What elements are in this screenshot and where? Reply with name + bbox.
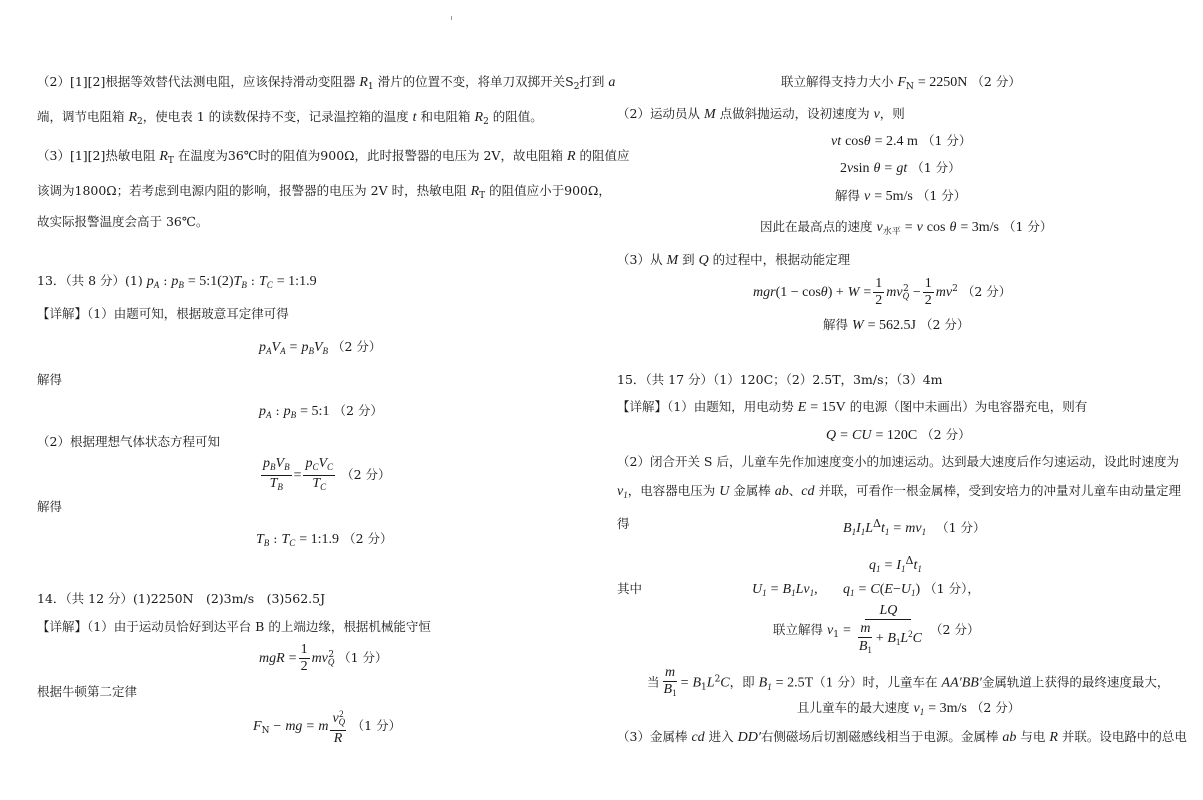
- q14-eq-velocity: 解得 v = 5m/s（1 分）: [835, 187, 966, 206]
- q13-solve2: 解得: [37, 498, 62, 516]
- q14-eq-energy: mgr(1 − cosθ) + W =12mvQ2 −12mv2（2 分）: [753, 276, 1011, 309]
- q15-part2-line3: 得: [617, 515, 630, 533]
- q14-eq-horizontal: vt cosθ = 2.4 m（1 分）: [831, 132, 971, 151]
- q15-eq-momentum: B1I1LΔt1 = mv1（1 分）: [843, 515, 986, 542]
- q15-part2-line1: （2）闭合开关 S 后，儿童车先作加速度变小的加速运动。达到最大速度后作匀速运动…: [617, 453, 1179, 471]
- q15-eq-u1: U1 = B1Lv1,: [752, 580, 818, 603]
- q14-eq1: mgR =12mvQ2（1 分）: [259, 642, 388, 675]
- q15-eq-q1: q1 = I1Δt1: [869, 552, 922, 579]
- q12-part3-line2: 该调为1800Ω；若考虑到电源内阻的影响，报警器的电压为 2V 时，热敏电阻 R…: [37, 182, 611, 205]
- q14-detail: 【详解】（1）由于运动员恰好到达平台 B 的上端边缘，根据机械能守恒: [37, 618, 431, 636]
- q15-part2-line2: v1，电容器电压为 U 金属棒 ab、cd 并联，可看作一根金属棒，受到安培力的…: [617, 482, 1181, 505]
- q14-eq-top-speed: 因此在最高点的速度 v水平 = v cos θ = 3m/s（1 分）: [760, 218, 1052, 241]
- q15-eq-q1-capacitor: q1 = C(E−U1)（1 分），: [843, 580, 980, 603]
- right-column: 联立解得支持力大小 FN = 2250N（2 分） （2）运动员从 M 点做斜抛…: [617, 0, 1177, 800]
- q13-header: 13．（共 8 分）(1) pA : pB = 5:1(2)TB : TC = …: [37, 272, 317, 295]
- left-column: （2）[1][2]根据等效替代法测电阻，应该保持滑动变阻器 R1 滑片的位置不变…: [37, 0, 597, 800]
- q13-eq4: TB : TC = 1:1.9（2 分）: [256, 530, 393, 553]
- q13-eq2: pA : pB = 5:1（2 分）: [259, 402, 383, 425]
- q15-detail: 【详解】（1）由题知，用电动势 E = 15V 的电源（图中未画出）为电容器充电…: [617, 398, 1087, 417]
- q14-header: 14．（共 12 分）(1)2250N (2)3m/s (3)562.5J: [37, 590, 325, 608]
- q13-detail: 【详解】（1）由题可知，根据玻意耳定律可得: [37, 305, 289, 323]
- q13-eq3: pBVBTB=pCVCTC（2 分）: [259, 456, 391, 495]
- q14-newton: 根据牛顿第二定律: [37, 683, 137, 701]
- q12-part2-line2: 端，调节电阻箱 R2，使电表 1 的读数保持不变，记录温控箱的温度 t 和电阻箱…: [37, 108, 543, 131]
- q15-when: 当mB1= B1L2C，即 B1 = 2.5T（1 分）时，儿童车在 AA′BB…: [647, 665, 1169, 701]
- q15-max-speed: 且儿童车的最大速度 v1 = 3m/s（2 分）: [797, 699, 1020, 722]
- q15-eq-v1: 联立解得 v1 =LQmB1+ B1L2C（2 分）: [773, 603, 979, 658]
- q14-eq-vertical: 2vsin θ = gt（1 分）: [840, 159, 961, 178]
- q15-eq-charge: Q = CU = 120C（2 分）: [826, 426, 971, 445]
- q13-part2: （2）根据理想气体状态方程可知: [37, 433, 220, 451]
- q12-part3-line1: （3）[1][2]热敏电阻 RT 在温度为36℃时的阻值为900Ω，此时报警器的…: [37, 147, 629, 170]
- q15-part3: （3）金属棒 cd 进入 DD′右侧磁场后切割磁感线相当于电源。金属棒 ab 与…: [617, 728, 1187, 747]
- q13-solve1: 解得: [37, 371, 62, 389]
- q12-part3-line3: 故实际报警温度会高于 36℃。: [37, 213, 208, 231]
- q14-part3: （3）从 M 到 Q 的过程中，根据动能定理: [617, 251, 850, 270]
- q12-part2-line1: （2）[1][2]根据等效替代法测电阻，应该保持滑动变阻器 R1 滑片的位置不变…: [37, 73, 615, 96]
- q14-eq-work: 解得 W = 562.5J（2 分）: [823, 316, 969, 335]
- q14-support-force: 联立解得支持力大小 FN = 2250N（2 分）: [781, 73, 1021, 96]
- q15-where: 其中: [617, 580, 642, 598]
- q14-part2: （2）运动员从 M 点做斜抛运动，设初速度为 v，则: [617, 105, 905, 124]
- q15-header: 15．（共 17 分）（1）120C；（2）2.5T，3m/s；（3）4m: [617, 371, 943, 389]
- q13-eq1: pAVA = pBVB（2 分）: [259, 338, 381, 361]
- q14-eq2: FN − mg = mvQ2R（1 分）: [253, 706, 401, 747]
